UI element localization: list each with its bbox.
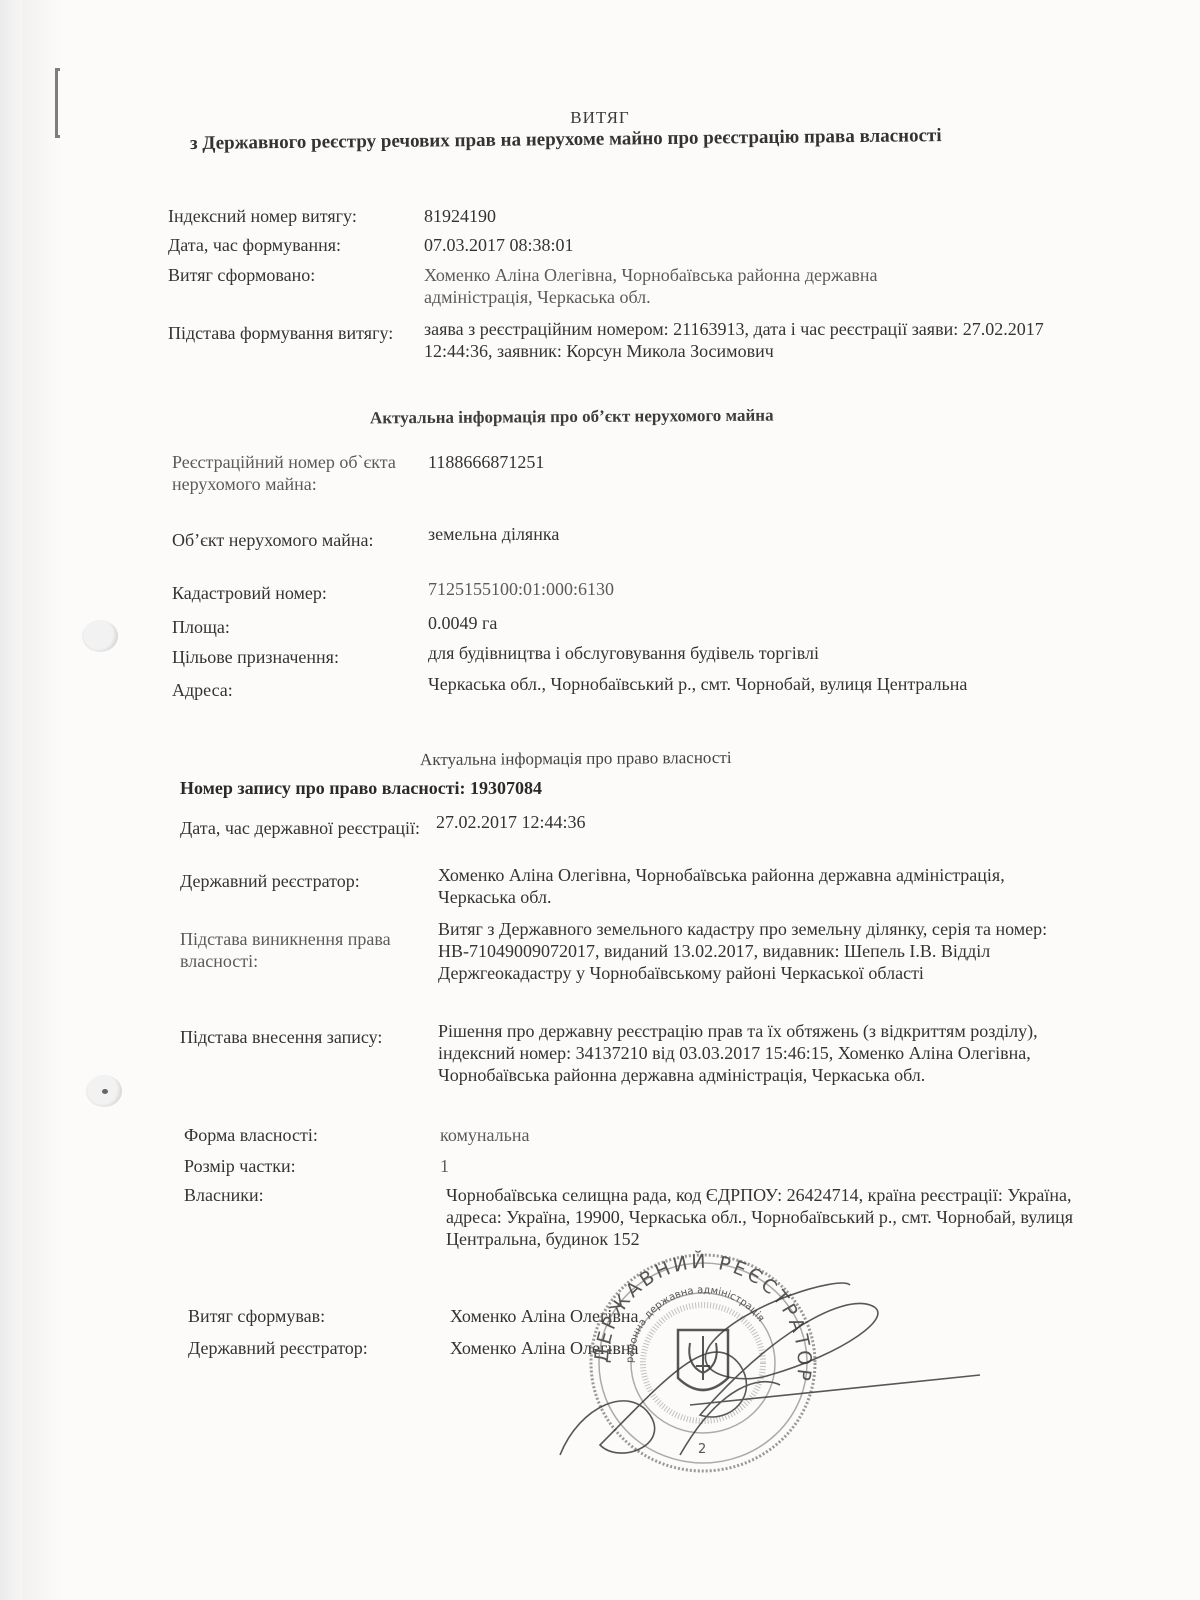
field-label: Державний реєстратор: — [188, 1337, 450, 1359]
field-cadastral-number: Кадастровий номер: 7125155100:01:000:613… — [172, 578, 614, 604]
field-value: Хоменко Аліна Олегівна, Чорнобаївська ра… — [438, 864, 1008, 908]
field-label: Цільове призначення: — [172, 642, 428, 668]
field-value: 1188666871251 — [428, 451, 544, 495]
field-value: 81924190 — [424, 205, 496, 227]
field-formation-datetime: Дата, час формування: 07.03.2017 08:38:0… — [168, 234, 574, 256]
scan-page-edge — [0, 0, 22, 1600]
field-purpose: Цільове призначення: для будівництва і о… — [172, 642, 819, 668]
punch-hole — [82, 620, 118, 652]
field-value: 0.0049 га — [428, 612, 497, 638]
signature-icon — [540, 1265, 990, 1475]
field-address: Адреса: Черкаська обл., Чорнобаївський р… — [172, 673, 988, 701]
field-label: Індексний номер витягу: — [168, 205, 424, 227]
field-label: Адреса: — [172, 673, 428, 701]
field-value: 1 — [440, 1155, 449, 1177]
field-value: комунальна — [440, 1124, 529, 1146]
field-value: 7125155100:01:000:6130 — [428, 578, 614, 604]
field-value: 27.02.2017 12:44:36 — [436, 811, 586, 839]
section-heading-ownership: Актуальна інформація про право власності — [420, 748, 732, 770]
field-formed-by: Витяг сформовано: Хоменко Аліна Олегівна… — [168, 264, 984, 308]
field-object-type: Об’єкт нерухомого майна: земельна ділянк… — [172, 523, 559, 551]
field-object-reg-number: Реєстраційний номер об`єкта нерухомого м… — [172, 451, 544, 495]
punch-hole — [86, 1075, 122, 1107]
field-value: Рішення про державну реєстрацію прав та … — [438, 1020, 1088, 1086]
field-label: Витяг сформовано: — [168, 264, 424, 308]
field-label: Форма власності: — [184, 1124, 440, 1146]
field-label: Кадастровий номер: — [172, 578, 428, 604]
field-value: заява з реєстраційним номером: 21163913,… — [424, 318, 1064, 362]
document-subtitle: з Державного реєстру речових прав на нер… — [190, 124, 1090, 155]
field-label: Об’єкт нерухомого майна: — [172, 523, 428, 551]
field-owners: Власники: Чорнобаївська селищна рада, ко… — [184, 1184, 1106, 1250]
field-value: Хоменко Аліна Олегівна, Чорнобаївська ра… — [424, 264, 984, 308]
field-area: Площа: 0.0049 га — [172, 612, 497, 638]
field-value: земельна ділянка — [428, 523, 559, 551]
field-label: Підстава внесення запису: — [180, 1020, 438, 1086]
field-value: для будівництва і обслуговування будівел… — [428, 642, 819, 668]
section-heading-property: Актуальна інформація про об’єкт нерухомо… — [370, 406, 774, 429]
field-registration-datetime: Дата, час державної реєстрації: 27.02.20… — [180, 811, 586, 839]
field-label: Власники: — [184, 1184, 446, 1250]
field-ownership-basis: Підстава виникнення права власності: Вит… — [180, 918, 1088, 984]
field-label: Дата, час формування: — [168, 234, 424, 256]
field-value: Чорнобаївська селищна рада, код ЄДРПОУ: … — [446, 1184, 1106, 1250]
field-state-registrar: Державний реєстратор: Хоменко Аліна Олег… — [180, 864, 1008, 908]
field-label: Підстава формування витягу: — [168, 318, 424, 362]
field-label: Дата, час державної реєстрації: — [180, 811, 436, 839]
scan-shadow — [22, 0, 62, 1600]
field-label: Державний реєстратор: — [180, 864, 438, 908]
field-value: Витяг з Державного земельного кадастру п… — [438, 918, 1088, 984]
field-label: Розмір частки: — [184, 1155, 440, 1177]
field-value: 07.03.2017 08:38:01 — [424, 234, 574, 256]
ownership-record-number: Номер запису про право власності: 193070… — [180, 778, 542, 799]
field-formation-basis: Підстава формування витягу: заява з реєс… — [168, 318, 1064, 362]
field-extract-index: Індексний номер витягу: 81924190 — [168, 205, 496, 227]
field-label: Площа: — [172, 612, 428, 638]
field-label: Витяг сформував: — [188, 1305, 450, 1327]
field-ownership-form: Форма власності: комунальна — [184, 1124, 529, 1146]
field-label: Підстава виникнення права власності: — [180, 918, 438, 984]
field-entry-basis: Підстава внесення запису: Рішення про де… — [180, 1020, 1088, 1086]
field-share-size: Розмір частки: 1 — [184, 1155, 449, 1177]
field-value: Черкаська обл., Чорнобаївський р., смт. … — [428, 673, 988, 701]
field-label: Реєстраційний номер об`єкта нерухомого м… — [172, 451, 428, 495]
